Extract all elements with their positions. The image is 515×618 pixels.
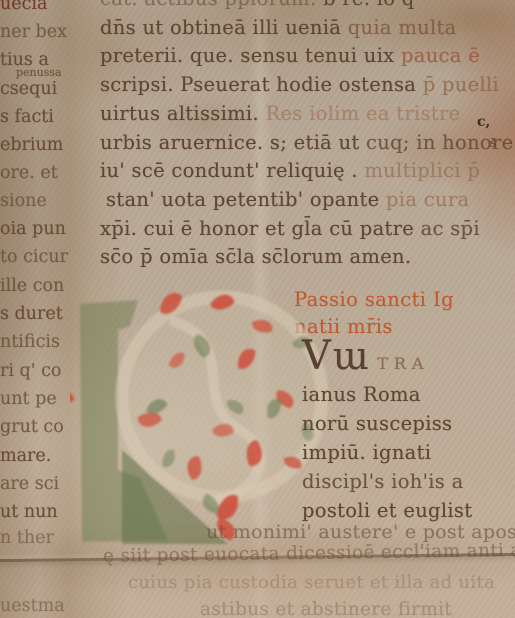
faded-bottom-line-2: cuius pia custodia seruet et illa ad uit… [128,572,495,593]
text-segment: quia multa [348,16,457,39]
text-line: sc̄o p̄ omīa sc̄la sc̄lorum amen. [100,243,512,272]
text-segment: uirtus altissimi. [100,102,265,125]
incipit-passage: Vɯtra ianus Roma norū suscepiss impiū. i… [302,334,472,525]
faded-line-under-initial: ut monimi' austere' e post apost e [206,521,515,543]
text-segment: preterii. que. sensu tenui uix [100,44,401,67]
margin-fragment: ore. et [0,163,58,183]
capital-V: V [302,333,333,379]
passage-line: discipl's ioh'is a [302,467,472,496]
text-segment: scripsi. Pseuerat hodie ostensa [100,73,423,96]
text-line: xp̄i. cui ē honor et gl̄a cū patre ac sp… [100,215,512,244]
margin-fragment: ille con [0,276,64,296]
manuscript-page: uecia ner bex tius a penussa csequi s fa… [0,0,515,618]
margin-fragment-interlinear: penussa [16,66,62,79]
margin-fragment: s duret [0,304,63,324]
margin-fragment: ut nun [0,502,58,522]
margin-fragment: ri q' co [0,361,61,381]
margin-fragment: sione [0,191,47,211]
text-segment: stan' uota petentib' opante [106,188,386,211]
text-segment: pia cura [386,188,469,211]
margin-fragment: mare. [0,446,51,466]
margin-fragment: uestma [0,596,65,616]
margin-fragment: are sci [0,474,59,494]
text-line: stan' uota petentib' opante pia cura [100,186,512,215]
capital-uncial-M: ɯ [333,334,369,378]
pen-mark: c, [477,114,490,130]
text-line: iu' scē condunt' reliquię . multiplici p… [100,157,512,186]
text-segment: urbis aruernice. s; etiā ut [100,131,366,154]
left-margin-column: uecia ner bex tius a penussa csequi s fa… [0,0,70,618]
incipit-caps: Vɯtra [302,334,472,380]
margin-fragment: grut co [0,417,64,437]
faded-bottom-line-1: ę siit post euocata dicessioē eccl'iam a… [103,540,515,567]
text-line: uirtus altissimi. Res iolim ea tristre [100,100,512,129]
text-line: dn̄s ut obtineā illi ueniā quia multa [100,14,512,43]
margin-fragment: unt pe [0,389,57,409]
margin-fragment: ntificis [0,332,60,352]
margin-fragment: csequi [0,79,57,99]
text-segment: xp̄i. cui ē honor et gl̄a cū patre [100,217,421,240]
text-segment: cat. actibus pplorum. [100,0,323,10]
margin-fragment: ebrium [0,135,63,155]
margin-fragment: uecia [0,0,47,14]
passage-line: impiū. ignati [302,438,472,467]
text-line: preterii. que. sensu tenui uix pauca ē [100,42,512,71]
text-segment: ac sp̄i [421,217,480,240]
text-segment: b re. lo q [323,0,415,10]
margin-fragment: n ther [0,528,54,548]
main-text-column: cat. actibus pplorum. b re. lo q dn̄s ut… [100,0,512,272]
text-segment: dn̄s ut obtineā illi ueniā [100,16,348,39]
faded-bottom-line-3: astibus et abstinere firmit [200,599,452,618]
illuminated-initial-C [70,282,332,550]
text-line: scripsi. Pseuerat hodie ostensa p̄ puell… [100,71,512,100]
passage-line: norū suscepiss [302,409,472,438]
text-segment: p̄ puelli [423,73,499,96]
margin-fragment: oia pun [0,219,66,239]
text-segment: iu' scē condunt' reliquię . [100,159,364,182]
incipit-small-caps: tra [377,354,429,373]
text-line: cat. actibus pplorum. b re. lo q [100,0,512,14]
text-line: urbis aruernice. s; etiā ut cuq; in hono… [100,129,512,158]
margin-fragment: ner bex [0,22,67,42]
text-segment: Res iolim ea tristre [265,102,460,125]
margin-fragment: s facti [0,107,54,127]
passage-line: ianus Roma [302,380,472,409]
text-segment: multiplici p̄ [364,159,480,182]
text-segment: sc̄o p̄ omīa sc̄la sc̄lorum amen. [100,245,411,268]
margin-fragment: to cicur [0,247,68,267]
pen-mark: s̄ [490,136,496,150]
text-segment: pauca ē [401,44,480,67]
